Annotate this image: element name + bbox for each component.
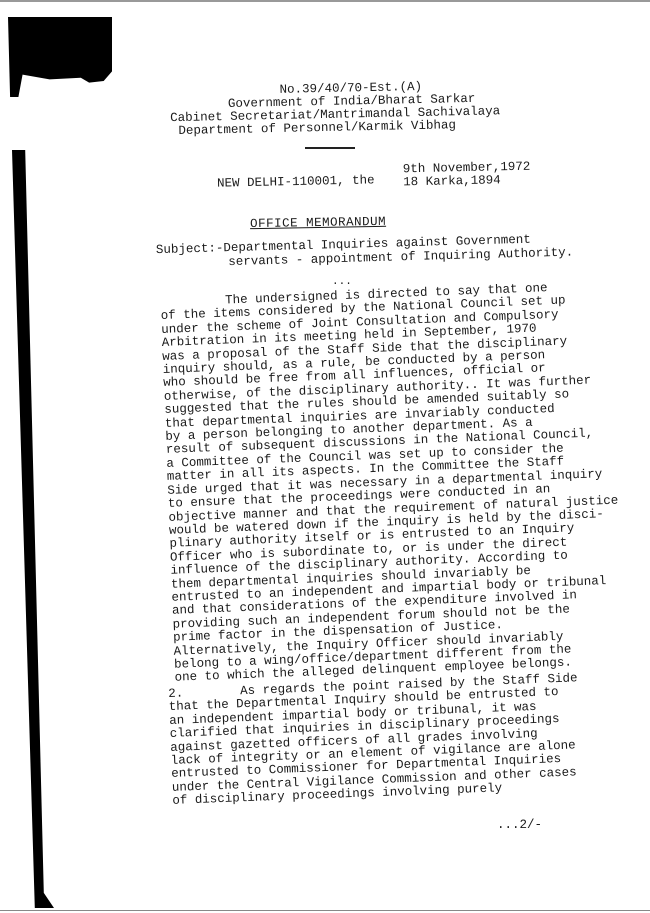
subject-block: Subject:-Departmental Inquiries against … bbox=[156, 231, 597, 271]
page-continuation-mark: ...2/- bbox=[497, 818, 542, 832]
scan-artifact-margin-bar bbox=[12, 150, 72, 908]
paragraph-2: 2.As regards the point raised by the Sta… bbox=[168, 670, 632, 808]
header-divider bbox=[305, 147, 355, 149]
scan-edge-bottom bbox=[0, 910, 650, 911]
letterhead: No.39/40/70-Est.(A) Government of India/… bbox=[209, 79, 530, 138]
scan-edge-top bbox=[0, 0, 650, 2]
date-block: 9th November,1972 18 Karka,1894 bbox=[403, 161, 531, 190]
memo-title: OFFICE MEMORANDUM bbox=[250, 215, 386, 231]
scanned-page: No.39/40/70-Est.(A) Government of India/… bbox=[0, 0, 650, 913]
paragraph-1: The undersigned is directed to say that … bbox=[160, 279, 635, 685]
date-saka: 18 Karka,1894 bbox=[403, 174, 531, 190]
place-line: NEW DELHI-110001, the bbox=[217, 173, 375, 190]
separator-dots: ... bbox=[332, 276, 352, 288]
scan-artifact-block bbox=[8, 17, 112, 97]
